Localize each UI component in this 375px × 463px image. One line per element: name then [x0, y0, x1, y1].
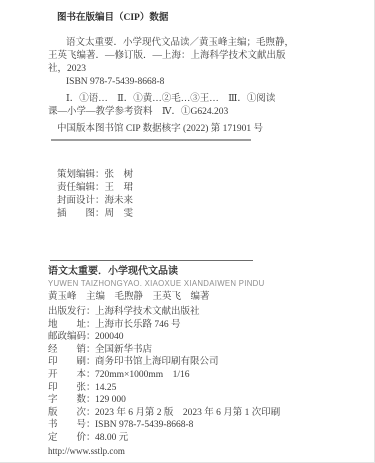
colophon-label: 印 刷：: [48, 356, 95, 369]
colophon-label: 字 数：: [48, 394, 95, 407]
colophon-value: 全国新华书店: [95, 344, 152, 357]
colophon-label: 印 张：: [48, 382, 95, 395]
colophon-row: 书 号： ISBN 978-7-5439-8668-8: [48, 419, 336, 432]
credit-row: 插 图： 周 雯: [57, 208, 336, 221]
colophon-label: 版 次：: [48, 407, 95, 420]
colophon-value: 14.25: [95, 382, 116, 395]
book-title: 语文太重要．小学现代文品读: [48, 266, 336, 278]
colophon-label: 邮政编码：: [48, 331, 95, 344]
copyright-page: 图书在版编目（CIP）数据 语文太重要．小学现代文品读／黄玉峰主编；毛煦静， 王…: [0, 0, 375, 463]
cip-description-line: 王英飞编著．—修订版．—上海：上海科学技术文献出版: [48, 50, 336, 63]
colophon-row: 版 次： 2023 年 6 月第 2 版 2023 年 6 月第 1 次印刷: [48, 407, 336, 420]
book-authors: 黄玉峰 主编 毛煦静 王英飞 编著: [48, 291, 336, 303]
colophon-row: 定 价： 48.00 元: [48, 432, 336, 445]
colophon-row: 印 张： 14.25: [48, 382, 336, 395]
credit-label: 封面设计：: [57, 195, 105, 208]
credit-row: 封面设计： 海未来: [57, 195, 336, 208]
cip-classification: Ⅰ．①语… Ⅱ．①黄…②毛…③王… Ⅲ．①阅读 课—小学—教学参考资料 Ⅳ．①G…: [48, 93, 336, 119]
credit-value: 王 珺: [105, 182, 134, 195]
colophon-value: 2023 年 6 月第 2 版 2023 年 6 月第 1 次印刷: [95, 407, 280, 420]
colophon-row: 地 址： 上海市长乐路 746 号: [48, 319, 336, 332]
colophon-label: 书 号：: [48, 419, 95, 432]
cip-heading: 图书在版编目（CIP）数据: [57, 12, 336, 25]
divider-line-top: [51, 139, 251, 141]
credit-value: 海未来: [105, 195, 134, 208]
colophon-value: 上海科学技术文献出版社: [95, 306, 200, 319]
cip-classification-line: 课—小学—教学参考资料 Ⅳ．①G624.203: [48, 106, 336, 119]
colophon-value: 48.00 元: [95, 432, 128, 445]
cip-description-line: 社，2023: [48, 63, 336, 76]
cip-description-line: 语文太重要．小学现代文品读／黄玉峰主编；毛煦静，: [48, 37, 336, 50]
book-title-block: 语文太重要．小学现代文品读 YUWEN TAIZHONGYAO. XIAOXUE…: [48, 266, 336, 303]
colophon-label: 定 价：: [48, 432, 95, 445]
colophon-value: 200040: [95, 331, 124, 344]
colophon-label: 地 址：: [48, 319, 95, 332]
colophon-label: 开 本：: [48, 369, 95, 382]
cip-classification-line: Ⅰ．①语… Ⅱ．①黄…②毛…③王… Ⅲ．①阅读: [48, 93, 336, 106]
colophon-block: 出版发行： 上海科学技术文献出版社 地 址： 上海市长乐路 746 号 邮政编码…: [48, 306, 336, 445]
cip-record-number: 中国版本图书馆 CIP 数据核字 (2022) 第 171901 号: [57, 123, 336, 136]
colophon-label: 出版发行：: [48, 306, 95, 319]
credit-row: 责任编辑： 王 珺: [57, 182, 336, 195]
credit-label: 责任编辑：: [57, 182, 105, 195]
publisher-website: http://www.sstlp.com: [48, 445, 336, 457]
colophon-row: 经 销： 全国新华书店: [48, 344, 336, 357]
colophon-row: 出版发行： 上海科学技术文献出版社: [48, 306, 336, 319]
credit-value: 张 树: [105, 169, 134, 182]
credits-block: 策划编辑： 张 树 责任编辑： 王 珺 封面设计： 海未来 插 图： 周 雯: [57, 169, 336, 221]
colophon-value: 720mm×1000mm 1/16: [95, 369, 190, 382]
colophon-label: 经 销：: [48, 344, 95, 357]
colophon-row: 邮政编码： 200040: [48, 331, 336, 344]
colophon-value: 上海市长乐路 746 号: [95, 319, 181, 332]
cip-description: 语文太重要．小学现代文品读／黄玉峰主编；毛煦静， 王英飞编著．—修订版．—上海：…: [48, 37, 336, 89]
book-title-pinyin: YUWEN TAIZHONGYAO. XIAOXUE XIANDAIWEN PI…: [48, 278, 336, 290]
colophon-row: 开 本： 720mm×1000mm 1/16: [48, 369, 336, 382]
colophon-row: 印 刷： 商务印书馆上海印刷有限公司: [48, 356, 336, 369]
credit-value: 周 雯: [105, 208, 134, 221]
colophon-value: ISBN 978-7-5439-8668-8: [95, 419, 193, 432]
divider-line-bottom: [50, 260, 253, 261]
colophon-row: 字 数： 129 000: [48, 394, 336, 407]
credit-row: 策划编辑： 张 树: [57, 169, 336, 182]
credit-label: 策划编辑：: [57, 169, 105, 182]
colophon-value: 129 000: [95, 394, 126, 407]
cip-isbn: ISBN 978-7-5439-8668-8: [48, 76, 336, 89]
credit-label: 插 图：: [57, 208, 105, 221]
colophon-value: 商务印书馆上海印刷有限公司: [95, 356, 219, 369]
